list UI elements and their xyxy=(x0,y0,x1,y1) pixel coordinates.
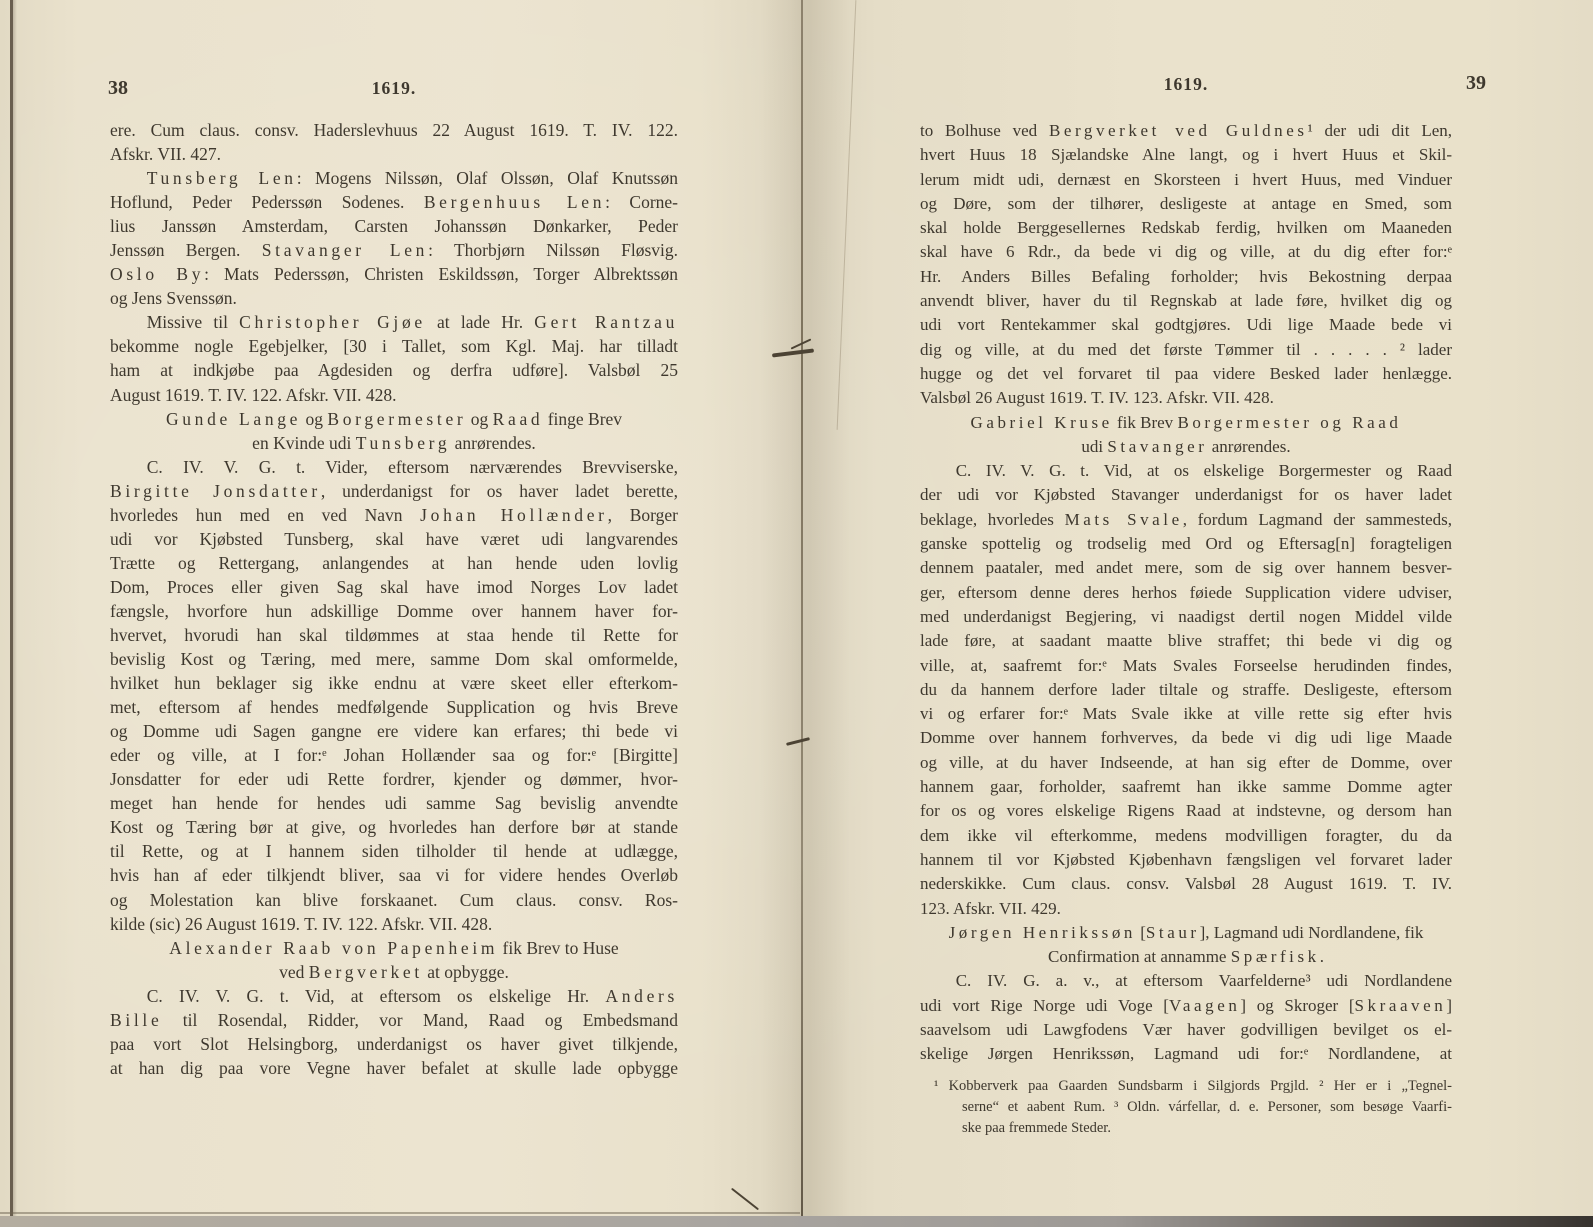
text-line: udi vort Rige Norge udi Voge [Vaagen] og… xyxy=(920,994,1452,1018)
text-line: til Rette, og at I hannem siden tilholde… xyxy=(110,839,678,863)
text-line: skal have 6 Rdr., da bede vi dig og vill… xyxy=(920,240,1452,264)
text-line: bevislig Kost og Tæring, med mere, samme… xyxy=(110,647,678,671)
text-line: lade føre, at saadant maatte blive straf… xyxy=(920,629,1452,653)
text-line: hvervet, hvorudi han skal tildømmes at s… xyxy=(110,623,678,647)
page-bottom-edge-line xyxy=(0,1212,800,1214)
text-line: og ville, at du haver Indseende, at han … xyxy=(920,751,1452,775)
text-line: Tunsberg Len: Mogens Nilssøn, Olaf Olssø… xyxy=(110,166,678,190)
text-line: Bille til Rosendal, Ridder, vor Mand, Ra… xyxy=(110,1008,678,1032)
text-line: nederskikke. Cum claus. consv. Valsbøl 2… xyxy=(920,872,1452,896)
text-line: to Bolhuse ved Bergverket ved Guldnes¹ d… xyxy=(920,119,1452,143)
text-line: hvilket hun beklager sig ikke endnu at v… xyxy=(110,671,678,695)
text-line: C. IV. V. G. t. Vider, eftersom nærværen… xyxy=(110,455,678,479)
text-line: eder og ville, at I for:ᵉ Johan Hollænde… xyxy=(110,743,678,767)
text-line: ske paa fremmede Steder. xyxy=(920,1118,1452,1139)
text-line: ham at indkjøbe paa Agdesiden og derfra … xyxy=(110,358,678,382)
text-line: C. IV. V. G. t. Vid, at eftersom os elsk… xyxy=(110,984,678,1008)
text-line: og Døre, som der tilhører, desligeste at… xyxy=(920,192,1452,216)
text-line: ganske spottelig og trodselig med Ord og… xyxy=(920,532,1452,556)
text-line: Birgitte Jonsdatter, underdanigst for os… xyxy=(110,479,678,503)
text-line: ved Bergverket at opbygge. xyxy=(110,960,678,984)
text-line: for os og vores elskelige Rigens Raad at… xyxy=(920,799,1452,823)
text-line: lius Janssøn Amsterdam, Carsten Johanssø… xyxy=(110,214,678,238)
text-line: hannem gaar, forholder, saafremt han ikk… xyxy=(920,775,1452,799)
text-line: Domme over hannem forhverves, da bede vi… xyxy=(920,726,1452,750)
text-line: og Jens Svenssøn. xyxy=(110,286,678,310)
text-line: Jonsdatter for eder udi Rette fordrer, k… xyxy=(110,767,678,791)
text-line: Afskr. VII. 427. xyxy=(110,142,678,166)
text-line: serne“ et aabent Rum. ³ Oldn. várfellar,… xyxy=(920,1097,1452,1118)
text-line: og Molestation kan blive forskaanet. Cum… xyxy=(110,888,678,912)
text-line: met, eftersom af hendes medfølgende Supp… xyxy=(110,695,678,719)
text-line: Valsbøl 26 August 1619. T. IV. 123. Afsk… xyxy=(920,386,1452,410)
text-line: med underdanigst Begjering, vi naadigst … xyxy=(920,605,1452,629)
text-line: meget han hende for hendes udi samme Sag… xyxy=(110,791,678,815)
page-left-text: ere. Cum claus. consv. Haderslevhuus 22 … xyxy=(110,118,678,1080)
text-line: Jørgen Henrikssøn [Staur], Lagmand udi N… xyxy=(920,921,1452,945)
book-scan: 38 1619. ere. Cum claus. consv. Hadersle… xyxy=(0,0,1593,1227)
text-line: der udi vor Kjøbsted Stavanger underdani… xyxy=(920,483,1452,507)
text-line: 123. Afskr. VII. 429. xyxy=(920,897,1452,921)
text-line: skal holde Berggesellernes Redskab ferdi… xyxy=(920,216,1452,240)
text-line: Alexander Raab von Papenheim fik Brev to… xyxy=(110,936,678,960)
text-line: fængsle, hvorfore hun adskillige Domme o… xyxy=(110,599,678,623)
text-line: Gunde Lange og Borgermester og Raad fing… xyxy=(110,407,678,431)
text-line: skelige Jørgen Henrikssøn, Lagmand udi f… xyxy=(920,1042,1452,1066)
text-line: Confirmation at annamme Spærfisk. xyxy=(920,945,1452,969)
text-line: udi vort Rentekammer skal godtgjøres. Ud… xyxy=(920,313,1452,337)
text-line: kilde (sic) 26 August 1619. T. IV. 122. … xyxy=(110,912,678,936)
text-line: og Domme udi Sagen gangne ere videre kan… xyxy=(110,719,678,743)
text-line: udi Stavanger anrørendes. xyxy=(920,435,1452,459)
text-line: Jenssøn Bergen. Stavanger Len: Thorbjørn… xyxy=(110,238,678,262)
text-line: beklage, hvorledes Mats Svale, fordum La… xyxy=(920,508,1452,532)
text-line: ere. Cum claus. consv. Haderslevhuus 22 … xyxy=(110,118,678,142)
text-line: udi vor Kjøbsted Tunsberg, skal have vær… xyxy=(110,527,678,551)
footnotes: ¹ Kobberverk paa Gaarden Sundsbarm i Sil… xyxy=(920,1076,1452,1139)
text-line: en Kvinde udi Tunsberg anrørendes. xyxy=(110,431,678,455)
text-line: hvorledes hun med en ved Navn Johan Holl… xyxy=(110,503,678,527)
text-line: dennem paataler, med andet mere, som de … xyxy=(920,556,1452,580)
text-line: hannem til vor Kjøbsted Kjøbenhavn fængs… xyxy=(920,848,1452,872)
text-line: dig og ville, at du med det første Tømme… xyxy=(920,338,1452,362)
text-line: hvis han af eder tilkjendt bliver, saa v… xyxy=(110,863,678,887)
running-head: 1619. xyxy=(110,78,678,99)
page-right-text: to Bolhuse ved Bergverket ved Guldnes¹ d… xyxy=(920,119,1452,1067)
text-line: at han dig paa vore Vegne haver befalet … xyxy=(110,1056,678,1080)
text-line: du da hannem derfore lader tiltale og st… xyxy=(920,678,1452,702)
text-line: lerum midt udi, dernæst en Skorsteen i h… xyxy=(920,168,1452,192)
running-head: 1619. xyxy=(920,74,1452,95)
text-line: anvendt bliver, haver du til Regnskab at… xyxy=(920,289,1452,313)
binding-stitch xyxy=(731,1188,759,1211)
text-line: C. IV. G. a. v., at eftersom Vaarfeldern… xyxy=(920,969,1452,993)
text-line: vi og erfarer for:ᵉ Mats Svale ikke at v… xyxy=(920,702,1452,726)
text-line: Oslo By: Mats Pederssøn, Christen Eskild… xyxy=(110,262,678,286)
gutter-shading xyxy=(760,0,850,1227)
text-line: bekomme nogle Egebjelker, [30 i Tallet, … xyxy=(110,334,678,358)
text-line: paa vort Slot Helsingborg, underdanigst … xyxy=(110,1032,678,1056)
text-line: ville, at, saafremt for:ᵉ Mats Svales Fo… xyxy=(920,654,1452,678)
text-line: Hoflund, Peder Pederssøn Sodenes. Bergen… xyxy=(110,190,678,214)
gutter-fold-line xyxy=(801,0,803,1227)
text-line: ger, eftersom denne deres herhos føiede … xyxy=(920,581,1452,605)
text-line: dem ikke vil efterkomme, medens modvilli… xyxy=(920,824,1452,848)
text-line: Kost og Tæring bør at give, og hvorledes… xyxy=(110,815,678,839)
text-line: C. IV. V. G. t. Vid, at os elskelige Bor… xyxy=(920,459,1452,483)
scan-bottom-edge xyxy=(0,1216,1593,1227)
page-number: 39 xyxy=(1466,72,1486,95)
text-line: Hr. Anders Billes Befaling forholder; hv… xyxy=(920,265,1452,289)
text-line: Trætte og Rettergang, anlangendes at han… xyxy=(110,551,678,575)
text-line: ¹ Kobberverk paa Gaarden Sundsbarm i Sil… xyxy=(920,1076,1452,1097)
text-line: Dom, Proces eller given Sag skal have im… xyxy=(110,575,678,599)
text-line: hvert Huus 18 Sjælandske Alne langt, og … xyxy=(920,143,1452,167)
text-line: August 1619. T. IV. 122. Afskr. VII. 428… xyxy=(110,383,678,407)
text-line: hugge og det vel forvaret til paa videre… xyxy=(920,362,1452,386)
text-line: saavelsom udi Lawgfodens Vær haver godvi… xyxy=(920,1018,1452,1042)
page-left-edge-shadow xyxy=(13,0,17,1227)
text-line: Gabriel Kruse fik Brev Borgermester og R… xyxy=(920,411,1452,435)
text-line: Missive til Christopher Gjøe at lade Hr.… xyxy=(110,310,678,334)
